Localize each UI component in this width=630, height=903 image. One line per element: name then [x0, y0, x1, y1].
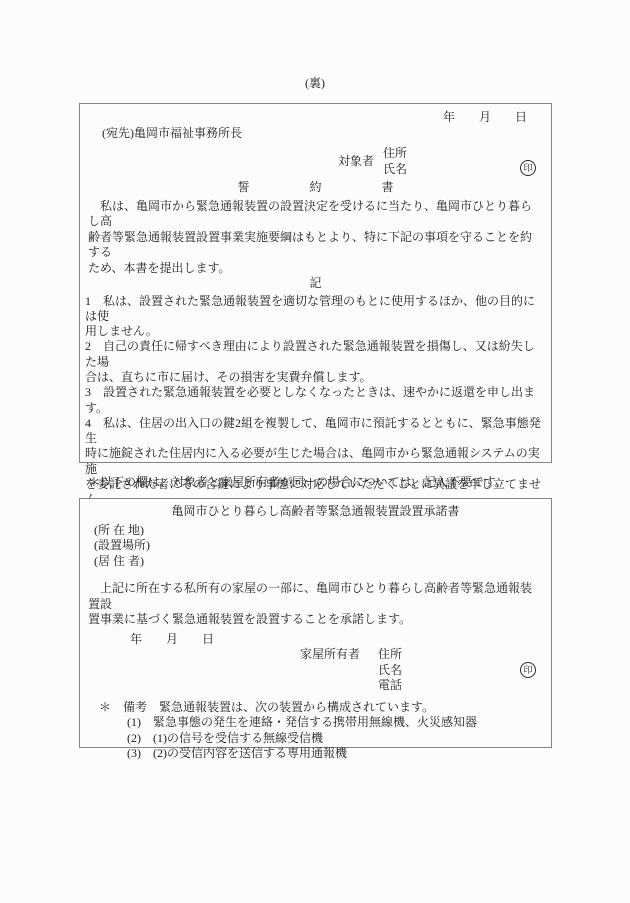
applicant-label: 対象者 — [338, 154, 374, 170]
exemption-note: ＊以下の欄は、対象者と家屋所有者が同一の場合については、記入不要です。 — [88, 475, 507, 491]
owner-fields: 住所 氏名 電話 — [378, 647, 402, 694]
pledge-body: 私は、亀岡市から緊急通報装置の設置決定を受けるに当たり、亀岡市ひとり暮らし高 齢… — [88, 199, 543, 277]
location-line-place: (設置場所) — [94, 538, 551, 554]
remark-item-2: (2) (1)の信号を受信する無線受信機 — [127, 731, 551, 747]
seal-glyph: 印 — [523, 666, 532, 675]
consent-date-line: 年 月 日 — [130, 632, 551, 648]
seal-glyph: 印 — [523, 164, 532, 173]
remarks-header: ＊ 備考 緊急通報装置は、次の装置から構成されています。 — [99, 700, 551, 716]
owner-block: 家屋所有者 住所 氏名 電話 印 — [80, 647, 551, 694]
pledge-item-2: 2 自己の責任に帰すべき理由により設置された緊急通報装置を損傷し、又は紛失した場… — [85, 339, 546, 385]
document-page: (裏) 年 月 日 (宛先)亀岡市福祉事務所長 対象者 住所 氏名 印 誓 約 … — [0, 0, 630, 903]
seal-icon: 印 — [520, 662, 536, 678]
pledge-item-4: 4 私は、住居の出入口の鍵2組を複製して、亀岡市に預託するとともに、緊急事態発生… — [85, 416, 546, 508]
remark-items: (1) 緊急事態の発生を連絡・発信する携帯用無線機、火災感知器 (2) (1)の… — [127, 715, 551, 762]
seal-icon: 印 — [520, 160, 536, 176]
applicant-fields: 住所 氏名 — [383, 146, 407, 177]
remark-item-1: (1) 緊急事態の発生を連絡・発信する携帯用無線機、火災感知器 — [127, 715, 551, 731]
location-line-address: (所 在 地) — [94, 523, 551, 539]
page-side-label: (裏) — [0, 76, 630, 92]
applicant-block: 対象者 住所 氏名 印 — [80, 146, 551, 177]
pledge-date-line: 年 月 日 — [80, 110, 551, 126]
ki-heading: 記 — [80, 276, 551, 292]
pledge-title: 誓 約 書 — [80, 180, 551, 196]
remark-item-3: (3) (2)の受信内容を送信する専用通報機 — [127, 746, 551, 762]
location-line-resident: (居 住 者) — [94, 554, 551, 570]
addressee-line: (宛先)亀岡市福祉事務所長 — [102, 126, 551, 142]
consent-body: 上記に所在する私所有の家屋の一部に、亀岡市ひとり暮らし高齢者等緊急通報装置設 置… — [88, 581, 543, 628]
pledge-item-3: 3 設置された緊急通報装置を必要としなくなったときは、速やかに返還を申し出ます。 — [85, 385, 546, 416]
owner-label: 家屋所有者 — [300, 647, 360, 663]
pledge-section: 年 月 日 (宛先)亀岡市福祉事務所長 対象者 住所 氏名 印 誓 約 書 私は… — [79, 103, 552, 463]
consent-section: 亀岡市ひとり暮らし高齢者等緊急通報装置設置承諾書 (所 在 地) (設置場所) … — [79, 498, 552, 748]
location-block: (所 在 地) (設置場所) (居 住 者) — [94, 523, 551, 570]
consent-title: 亀岡市ひとり暮らし高齢者等緊急通報装置設置承諾書 — [80, 504, 551, 520]
pledge-item-1: 1 私は、設置された緊急通報装置を適切な管理のもとに使用するほか、他の目的には使… — [85, 294, 546, 340]
